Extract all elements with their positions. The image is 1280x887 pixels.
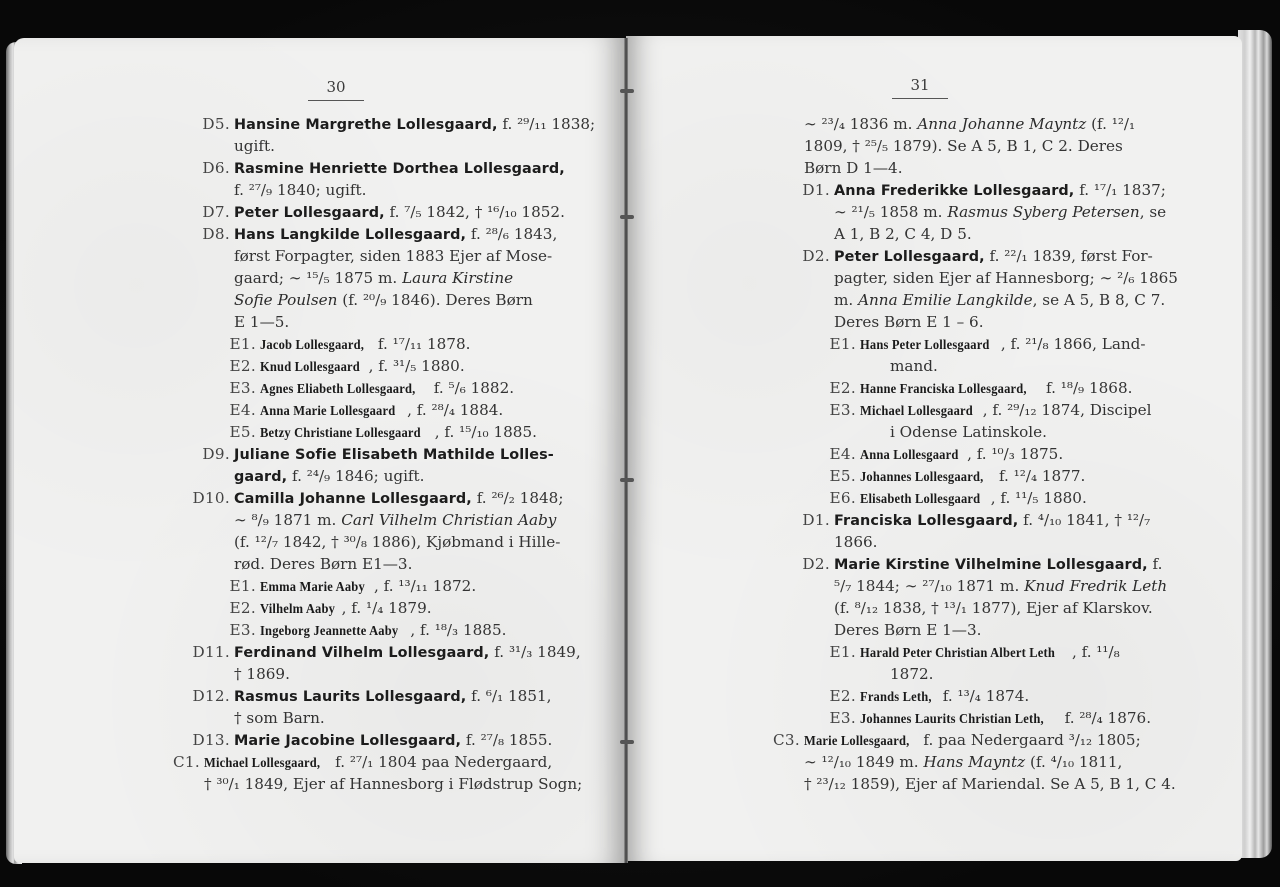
entry-label: E4.: [830, 443, 856, 465]
entry-text: Emma Marie Aaby, f. ¹³/₁₁ 1872.: [260, 575, 476, 598]
binding-stitch: [620, 740, 634, 744]
text-line: 1866.: [804, 531, 1154, 553]
entry-label: D11.: [192, 641, 230, 663]
book-spread-scan: 30 D5.Hansine Margrethe Lollesgaard, f. …: [0, 0, 1280, 887]
person-name: Harald Peter Christian Albert Leth: [860, 642, 1055, 664]
entry-label: E2.: [230, 355, 256, 377]
entry-detail: først Forpagter, siden 1883 Ejer af Mose…: [234, 247, 552, 265]
person-name: Johannes Lollesgaard,: [860, 466, 983, 488]
entry-text: 1866.: [834, 531, 877, 553]
entry-detail: f. ⁷/₅ 1842, † ¹⁶/₁₀ 1852.: [385, 203, 565, 221]
entry-detail: f. ²⁶/₂ 1848;: [472, 489, 564, 507]
entry-label: D6.: [202, 157, 230, 179]
text-line: E1.Jacob Lollesgaard, f. ¹⁷/₁₁ 1878.: [204, 333, 584, 355]
entry-detail: f. ²⁷/₈ 1855.: [461, 731, 552, 749]
entry-text: Deres Børn E 1—3.: [834, 619, 981, 641]
spouse-name: Laura Kirstine: [402, 269, 513, 287]
entry-text: Johannes Lollesgaard, f. ¹²/₄ 1877.: [860, 465, 1085, 488]
entry-text: Børn D 1—4.: [804, 157, 903, 179]
entry-detail: Børn D 1—4.: [804, 159, 903, 177]
entry-label: E5.: [830, 465, 856, 487]
entry-detail: f. ²⁷/₁ 1804 paa Nedergaard,: [330, 753, 552, 771]
text-line: D1.Anna Frederikke Lollesgaard, f. ¹⁷/₁ …: [804, 179, 1154, 201]
entry-label: E1.: [830, 641, 856, 663]
entry-detail: f. ²²/₁ 1839, først For-: [985, 247, 1153, 265]
text-line: gaard; ∼ ¹⁵/₅ 1875 m. Laura Kirstine: [204, 267, 584, 289]
text-line: pagter, siden Ejer af Hannesborg; ∼ ²/₆ …: [804, 267, 1154, 289]
person-name: Hansine Margrethe Lollesgaard,: [234, 117, 498, 133]
entry-detail: ugift.: [234, 137, 275, 155]
entry-text: Betzy Christiane Lollesgaard, f. ¹⁵/₁₀ 1…: [260, 421, 537, 444]
text-line: ∼ ¹²/₁₀ 1849 m. Hans Mayntz (f. ⁴/₁₀ 181…: [804, 751, 1154, 773]
entry-text: Franciska Lollesgaard, f. ⁴/₁₀ 1841, † ¹…: [834, 509, 1150, 532]
entry-detail: , f. ²⁸/₄ 1884.: [407, 401, 503, 419]
text-line: først Forpagter, siden 1883 Ejer af Mose…: [204, 245, 584, 267]
entry-text: Peter Lollesgaard, f. ²²/₁ 1839, først F…: [834, 245, 1153, 268]
entry-text: Rasmine Henriette Dorthea Lollesgaard,: [234, 157, 565, 180]
person-name: Camilla Johanne Lollesgaard,: [234, 491, 472, 507]
entry-text: A 1, B 2, C 4, D 5.: [834, 223, 972, 245]
entry-detail: f. ¹⁸/₉ 1868.: [1041, 379, 1132, 397]
entry-detail: f. ²⁴/₉ 1846; ugift.: [287, 467, 424, 485]
entry-detail: , se A 5, B 8, C 7.: [1033, 291, 1166, 309]
entry-detail: f. ²⁷/₉ 1840; ugift.: [234, 181, 366, 199]
person-name: Rasmus Laurits Lollesgaard,: [234, 689, 466, 705]
text-line: D6.Rasmine Henriette Dorthea Lollesgaard…: [204, 157, 584, 179]
text-line: C1.Michael Lollesgaard, f. ²⁷/₁ 1804 paa…: [204, 751, 584, 773]
entry-text: 1809, † ²⁵/₅ 1879). Se A 5, B 1, C 2. De…: [804, 135, 1123, 157]
entry-text: ∼ ¹²/₁₀ 1849 m. Hans Mayntz (f. ⁴/₁₀ 181…: [804, 751, 1122, 773]
entry-text: Frands Leth, f. ¹³/₄ 1874.: [860, 685, 1029, 708]
entry-label: C1.: [173, 751, 200, 773]
text-line: D5.Hansine Margrethe Lollesgaard, f. ²⁹/…: [204, 113, 584, 135]
spouse-name: Rasmus Syberg Petersen: [947, 203, 1139, 221]
entry-detail: f. ²⁹/₁₁ 1838;: [498, 115, 596, 133]
entry-detail: ∼ ²¹/₅ 1858 m.: [834, 203, 947, 221]
text-line: E5.Betzy Christiane Lollesgaard, f. ¹⁵/₁…: [204, 421, 584, 443]
left-page: 30 D5.Hansine Margrethe Lollesgaard, f. …: [14, 38, 626, 863]
entry-detail: (f. ¹²/₇ 1842, † ³⁰/₈ 1886), Kjøbmand i …: [234, 533, 560, 551]
text-line: † ³⁰/₁ 1849, Ejer af Hannesborg i Flødst…: [204, 773, 584, 795]
entry-text: gaard, f. ²⁴/₉ 1846; ugift.: [234, 465, 424, 488]
text-line: E3.Agnes Eliabeth Lollesgaard, f. ⁵/₆ 18…: [204, 377, 584, 399]
entry-label: C3.: [773, 729, 800, 751]
person-name: Juliane Sofie Elisabeth Mathilde Lolles-: [234, 447, 554, 463]
entry-detail: ∼ ¹²/₁₀ 1849 m.: [804, 753, 923, 771]
text-line: E4.Anna Marie Lollesgaard, f. ²⁸/₄ 1884.: [204, 399, 584, 421]
entry-text: Marie Kirstine Vilhelmine Lollesgaard, f…: [834, 553, 1162, 576]
person-name: Michael Lollesgaard,: [204, 752, 320, 774]
entry-text: Michael Lollesgaard, f. ²⁹/₁₂ 1874, Disc…: [860, 399, 1152, 422]
entry-text: Ingeborg Jeannette Aaby, f. ¹⁸/₃ 1885.: [260, 619, 506, 642]
entry-text: ugift.: [234, 135, 275, 157]
text-line: mand.: [804, 355, 1154, 377]
text-line: rød. Deres Børn E1—3.: [204, 553, 584, 575]
text-line: † ²³/₁₂ 1859), Ejer af Mariendal. Se A 5…: [804, 773, 1154, 795]
person-name: Ferdinand Vilhelm Lollesgaard,: [234, 645, 489, 661]
entry-label: E3.: [230, 619, 256, 641]
entry-detail: ⁵/₇ 1844; ∼ ²⁷/₁₀ 1871 m.: [834, 577, 1024, 595]
text-line: E3.Ingeborg Jeannette Aaby, f. ¹⁸/₃ 1885…: [204, 619, 584, 641]
text-line: gaard, f. ²⁴/₉ 1846; ugift.: [204, 465, 584, 487]
text-line: E 1—5.: [204, 311, 584, 333]
entry-text: † 1869.: [234, 663, 290, 685]
entry-detail: f. ⁴/₁₀ 1841, † ¹²/₇: [1018, 511, 1150, 529]
text-line: E2.Knud Lollesgaard, f. ³¹/₅ 1880.: [204, 355, 584, 377]
entry-detail: , f. ¹⁰/₃ 1875.: [967, 445, 1063, 463]
entry-detail: 1872.: [890, 665, 933, 683]
person-name: Ingeborg Jeannette Aaby: [260, 620, 398, 642]
person-name: Marie Jacobine Lollesgaard,: [234, 733, 461, 749]
person-name: Michael Lollesgaard: [860, 400, 973, 422]
text-line: (f. ⁸/₁₂ 1838, † ¹³/₁ 1877), Ejer af Kla…: [804, 597, 1154, 619]
entry-text: Johannes Laurits Christian Leth, f. ²⁸/₄…: [860, 707, 1151, 730]
page-number-left: 30: [306, 78, 366, 101]
entry-text: † ³⁰/₁ 1849, Ejer af Hannesborg i Flødst…: [204, 773, 582, 795]
entry-detail: (f. ⁸/₁₂ 1838, † ¹³/₁ 1877), Ejer af Kla…: [834, 599, 1153, 617]
text-line: E1.Emma Marie Aaby, f. ¹³/₁₁ 1872.: [204, 575, 584, 597]
entry-label: E1.: [830, 333, 856, 355]
entry-text: Anna Marie Lollesgaard, f. ²⁸/₄ 1884.: [260, 399, 503, 422]
right-page-edges: [1238, 30, 1272, 858]
person-name: Elisabeth Lollesgaard: [860, 488, 980, 510]
entry-text: Vilhelm Aaby, f. ¹/₄ 1879.: [260, 597, 432, 620]
entry-label: E2.: [830, 685, 856, 707]
text-line: D7.Peter Lollesgaard, f. ⁷/₅ 1842, † ¹⁶/…: [204, 201, 584, 223]
text-line: Deres Børn E 1—3.: [804, 619, 1154, 641]
text-line: E2.Hanne Franciska Lollesgaard, f. ¹⁸/₉ …: [804, 377, 1154, 399]
entry-detail: f. ²⁸/₄ 1876.: [1060, 709, 1151, 727]
entry-label: E5.: [230, 421, 256, 443]
entry-text: Camilla Johanne Lollesgaard, f. ²⁶/₂ 184…: [234, 487, 563, 510]
left-page-text: D5.Hansine Margrethe Lollesgaard, f. ²⁹/…: [204, 113, 584, 795]
text-line: f. ²⁷/₉ 1840; ugift.: [204, 179, 584, 201]
entry-text: ∼ ²³/₄ 1836 m. Anna Johanne Mayntz (f. ¹…: [804, 113, 1135, 135]
entry-text: ∼ ⁸/₉ 1871 m. Carl Vilhelm Christian Aab…: [234, 509, 556, 531]
person-name: Rasmine Henriette Dorthea Lollesgaard,: [234, 161, 565, 177]
person-name: Hans Peter Lollesgaard: [860, 334, 990, 356]
entry-text: først Forpagter, siden 1883 Ejer af Mose…: [234, 245, 552, 267]
entry-label: D2.: [802, 245, 830, 267]
text-line: 1809, † ²⁵/₅ 1879). Se A 5, B 1, C 2. De…: [804, 135, 1154, 157]
entry-detail: , f. ²⁹/₁₂ 1874, Discipel: [983, 401, 1152, 419]
text-line: ugift.: [204, 135, 584, 157]
entry-detail: † som Barn.: [234, 709, 325, 727]
spouse-name: Knud Fredrik Leth: [1024, 577, 1167, 595]
binding-stitch: [620, 215, 634, 219]
entry-text: Anna Lollesgaard, f. ¹⁰/₃ 1875.: [860, 443, 1063, 466]
entry-text: mand.: [890, 355, 938, 377]
entry-detail: f. paa Nedergaard ³/₁₂ 1805;: [919, 731, 1141, 749]
entry-detail: i Odense Latinskole.: [890, 423, 1047, 441]
entry-detail: E 1—5.: [234, 313, 289, 331]
entry-detail: f. ¹⁷/₁ 1837;: [1074, 181, 1166, 199]
entry-detail: A 1, B 2, C 4, D 5.: [834, 225, 972, 243]
entry-detail: 1866.: [834, 533, 877, 551]
entry-label: D8.: [202, 223, 230, 245]
entry-text: Michael Lollesgaard, f. ²⁷/₁ 1804 paa Ne…: [204, 751, 552, 774]
text-line: ∼ ²³/₄ 1836 m. Anna Johanne Mayntz (f. ¹…: [804, 113, 1154, 135]
person-name: Anna Marie Lollesgaard: [260, 400, 395, 422]
entry-detail: f.: [1148, 555, 1163, 573]
entry-label: D12.: [192, 685, 230, 707]
entry-text: pagter, siden Ejer af Hannesborg; ∼ ²/₆ …: [834, 267, 1178, 289]
entry-detail: † ³⁰/₁ 1849, Ejer af Hannesborg i Flødst…: [204, 775, 582, 793]
text-line: E3.Johannes Laurits Christian Leth, f. ²…: [804, 707, 1154, 729]
entry-text: rød. Deres Børn E1—3.: [234, 553, 412, 575]
entry-detail: f. ³¹/₃ 1849,: [489, 643, 580, 661]
person-name: Frands Leth,: [860, 686, 932, 708]
entry-detail: , f. ¹⁵/₁₀ 1885.: [435, 423, 537, 441]
entry-text: Anna Frederikke Lollesgaard, f. ¹⁷/₁ 183…: [834, 179, 1166, 202]
person-name: Agnes Eliabeth Lollesgaard,: [260, 378, 415, 400]
person-name: Jacob Lollesgaard,: [260, 334, 364, 356]
entry-detail: f. ¹⁷/₁₁ 1878.: [373, 335, 470, 353]
spouse-name: Sofie Poulsen: [234, 291, 337, 309]
entry-text: f. ²⁷/₉ 1840; ugift.: [234, 179, 366, 201]
text-line: E4.Anna Lollesgaard, f. ¹⁰/₃ 1875.: [804, 443, 1154, 465]
entry-detail: m.: [834, 291, 858, 309]
text-line: E5.Johannes Lollesgaard, f. ¹²/₄ 1877.: [804, 465, 1154, 487]
entry-text: ⁵/₇ 1844; ∼ ²⁷/₁₀ 1871 m. Knud Fredrik L…: [834, 575, 1167, 597]
entry-label: D5.: [202, 113, 230, 135]
entry-label: E3.: [830, 399, 856, 421]
entry-detail: Deres Børn E 1 – 6.: [834, 313, 984, 331]
entry-label: E6.: [830, 487, 856, 509]
entry-detail: (f. ²⁰/₉ 1846). Deres Børn: [337, 291, 532, 309]
entry-text: (f. ¹²/₇ 1842, † ³⁰/₈ 1886), Kjøbmand i …: [234, 531, 560, 553]
entry-detail: pagter, siden Ejer af Hannesborg; ∼ ²/₆ …: [834, 269, 1178, 287]
text-line: i Odense Latinskole.: [804, 421, 1154, 443]
spouse-name: Anna Johanne Mayntz: [917, 115, 1086, 133]
person-name: Johannes Laurits Christian Leth,: [860, 708, 1044, 730]
text-line: E2.Vilhelm Aaby, f. ¹/₄ 1879.: [204, 597, 584, 619]
entry-text: m. Anna Emilie Langkilde, se A 5, B 8, C…: [834, 289, 1165, 311]
text-line: D11.Ferdinand Vilhelm Lollesgaard, f. ³¹…: [204, 641, 584, 663]
entry-text: ∼ ²¹/₅ 1858 m. Rasmus Syberg Petersen, s…: [834, 201, 1166, 223]
person-name: Peter Lollesgaard,: [834, 249, 985, 265]
entry-detail: ∼ ⁸/₉ 1871 m.: [234, 511, 341, 529]
text-line: ⁵/₇ 1844; ∼ ²⁷/₁₀ 1871 m. Knud Fredrik L…: [804, 575, 1154, 597]
person-name: Knud Lollesgaard: [260, 356, 360, 378]
binding-stitch: [620, 478, 634, 482]
entry-text: (f. ⁸/₁₂ 1838, † ¹³/₁ 1877), Ejer af Kla…: [834, 597, 1153, 619]
entry-label: E2.: [230, 597, 256, 619]
entry-text: Hans Langkilde Lollesgaard, f. ²⁸/₆ 1843…: [234, 223, 557, 246]
person-name: gaard,: [234, 469, 287, 485]
entry-label: D13.: [192, 729, 230, 751]
entry-label: E3.: [230, 377, 256, 399]
entry-text: Marie Lollesgaard, f. paa Nedergaard ³/₁…: [804, 729, 1141, 752]
text-line: † 1869.: [204, 663, 584, 685]
entry-label: D10.: [192, 487, 230, 509]
text-line: D12.Rasmus Laurits Lollesgaard, f. ⁶/₁ 1…: [204, 685, 584, 707]
entry-detail: , f. ¹³/₁₁ 1872.: [374, 577, 476, 595]
text-line: D10.Camilla Johanne Lollesgaard, f. ²⁶/₂…: [204, 487, 584, 509]
text-line: D2.Marie Kirstine Vilhelmine Lollesgaard…: [804, 553, 1154, 575]
entry-text: Jacob Lollesgaard, f. ¹⁷/₁₁ 1878.: [260, 333, 470, 356]
person-name: Hanne Franciska Lollesgaard,: [860, 378, 1027, 400]
text-line: E1.Harald Peter Christian Albert Leth, f…: [804, 641, 1154, 663]
entry-text: Sofie Poulsen (f. ²⁰/₉ 1846). Deres Børn: [234, 289, 533, 311]
entry-text: Hanne Franciska Lollesgaard, f. ¹⁸/₉ 186…: [860, 377, 1132, 400]
text-line: Deres Børn E 1 – 6.: [804, 311, 1154, 333]
entry-detail: gaard; ∼ ¹⁵/₅ 1875 m.: [234, 269, 402, 287]
entry-detail: , f. ¹⁸/₃ 1885.: [410, 621, 506, 639]
text-line: m. Anna Emilie Langkilde, se A 5, B 8, C…: [804, 289, 1154, 311]
text-line: C3.Marie Lollesgaard, f. paa Nedergaard …: [804, 729, 1154, 751]
entry-detail: f. ⁶/₁ 1851,: [466, 687, 551, 705]
entry-label: D2.: [802, 553, 830, 575]
text-line: ∼ ⁸/₉ 1871 m. Carl Vilhelm Christian Aab…: [204, 509, 584, 531]
right-page: 31 ∼ ²³/₄ 1836 m. Anna Johanne Mayntz (f…: [626, 36, 1242, 861]
right-page-text: ∼ ²³/₄ 1836 m. Anna Johanne Mayntz (f. ¹…: [804, 113, 1154, 795]
entry-text: Marie Jacobine Lollesgaard, f. ²⁷/₈ 1855…: [234, 729, 552, 752]
text-line: 1872.: [804, 663, 1154, 685]
entry-detail: 1809, † ²⁵/₅ 1879). Se A 5, B 1, C 2. De…: [804, 137, 1123, 155]
person-name: Anna Lollesgaard: [860, 444, 958, 466]
entry-text: gaard; ∼ ¹⁵/₅ 1875 m. Laura Kirstine: [234, 267, 513, 289]
entry-detail: † ²³/₁₂ 1859), Ejer af Mariendal. Se A 5…: [804, 775, 1176, 793]
person-name: Vilhelm Aaby: [260, 598, 335, 620]
entry-text: Deres Børn E 1 – 6.: [834, 311, 984, 333]
person-name: Franciska Lollesgaard,: [834, 513, 1018, 529]
text-line: D2.Peter Lollesgaard, f. ²²/₁ 1839, førs…: [804, 245, 1154, 267]
entry-label: E3.: [830, 707, 856, 729]
spouse-name: Anna Emilie Langkilde: [858, 291, 1033, 309]
entry-detail: (f. ¹²/₁: [1086, 115, 1135, 133]
entry-text: Hans Peter Lollesgaard, f. ²¹/₈ 1866, La…: [860, 333, 1146, 356]
binding-stitch: [620, 89, 634, 93]
spouse-name: Hans Mayntz: [923, 753, 1025, 771]
entry-detail: f. ²⁸/₆ 1843,: [466, 225, 557, 243]
entry-text: i Odense Latinskole.: [890, 421, 1047, 443]
person-name: Emma Marie Aaby: [260, 576, 365, 598]
entry-text: † som Barn.: [234, 707, 325, 729]
entry-detail: f. ⁵/₆ 1882.: [429, 379, 514, 397]
entry-detail: Deres Børn E 1—3.: [834, 621, 981, 639]
entry-label: E1.: [230, 333, 256, 355]
person-name: Hans Langkilde Lollesgaard,: [234, 227, 466, 243]
text-line: D1.Franciska Lollesgaard, f. ⁴/₁₀ 1841, …: [804, 509, 1154, 531]
entry-text: Elisabeth Lollesgaard, f. ¹¹/₅ 1880.: [860, 487, 1087, 510]
text-line: E3.Michael Lollesgaard, f. ²⁹/₁₂ 1874, D…: [804, 399, 1154, 421]
spouse-name: Carl Vilhelm Christian Aaby: [341, 511, 556, 529]
entry-text: Ferdinand Vilhelm Lollesgaard, f. ³¹/₃ 1…: [234, 641, 581, 664]
entry-detail: (f. ⁴/₁₀ 1811,: [1025, 753, 1122, 771]
text-line: A 1, B 2, C 4, D 5.: [804, 223, 1154, 245]
entry-text: Agnes Eliabeth Lollesgaard, f. ⁵/₆ 1882.: [260, 377, 514, 400]
person-name: Betzy Christiane Lollesgaard: [260, 422, 421, 444]
entry-detail: rød. Deres Børn E1—3.: [234, 555, 412, 573]
entry-label: E1.: [230, 575, 256, 597]
text-line: E1.Hans Peter Lollesgaard, f. ²¹/₈ 1866,…: [804, 333, 1154, 355]
entry-text: 1872.: [890, 663, 933, 685]
entry-label: E2.: [830, 377, 856, 399]
entry-text: E 1—5.: [234, 311, 289, 333]
entry-text: † ²³/₁₂ 1859), Ejer af Mariendal. Se A 5…: [804, 773, 1176, 795]
entry-text: Juliane Sofie Elisabeth Mathilde Lolles-: [234, 443, 554, 466]
entry-label: D9.: [202, 443, 230, 465]
text-line: D8.Hans Langkilde Lollesgaard, f. ²⁸/₆ 1…: [204, 223, 584, 245]
text-line: † som Barn.: [204, 707, 584, 729]
entry-detail: , f. ³¹/₅ 1880.: [369, 357, 465, 375]
person-name: Anna Frederikke Lollesgaard,: [834, 183, 1074, 199]
entry-detail: , f. ¹¹/₈: [1072, 643, 1120, 661]
entry-text: Hansine Margrethe Lollesgaard, f. ²⁹/₁₁ …: [234, 113, 595, 136]
text-line: D9.Juliane Sofie Elisabeth Mathilde Loll…: [204, 443, 584, 465]
entry-detail: f. ¹²/₄ 1877.: [994, 467, 1085, 485]
text-line: (f. ¹²/₇ 1842, † ³⁰/₈ 1886), Kjøbmand i …: [204, 531, 584, 553]
text-line: E2.Frands Leth, f. ¹³/₄ 1874.: [804, 685, 1154, 707]
entry-text: Rasmus Laurits Lollesgaard, f. ⁶/₁ 1851,: [234, 685, 552, 708]
entry-detail: , f. ²¹/₈ 1866, Land-: [1001, 335, 1146, 353]
entry-detail: , se: [1140, 203, 1166, 221]
entry-text: Peter Lollesgaard, f. ⁷/₅ 1842, † ¹⁶/₁₀ …: [234, 201, 565, 224]
text-line: ∼ ²¹/₅ 1858 m. Rasmus Syberg Petersen, s…: [804, 201, 1154, 223]
entry-detail: , f. ¹/₄ 1879.: [342, 599, 432, 617]
entry-detail: † 1869.: [234, 665, 290, 683]
page-number-right: 31: [890, 76, 950, 99]
entry-text: Harald Peter Christian Albert Leth, f. ¹…: [860, 641, 1120, 664]
entry-detail: , f. ¹¹/₅ 1880.: [991, 489, 1087, 507]
entry-label: D1.: [802, 179, 830, 201]
text-line: Børn D 1—4.: [804, 157, 1154, 179]
entry-text: Knud Lollesgaard, f. ³¹/₅ 1880.: [260, 355, 465, 378]
entry-label: E4.: [230, 399, 256, 421]
person-name: Marie Kirstine Vilhelmine Lollesgaard,: [834, 557, 1148, 573]
entry-detail: f. ¹³/₄ 1874.: [938, 687, 1029, 705]
text-line: E6.Elisabeth Lollesgaard, f. ¹¹/₅ 1880.: [804, 487, 1154, 509]
person-name: Marie Lollesgaard,: [804, 730, 909, 752]
entry-detail: mand.: [890, 357, 938, 375]
person-name: Peter Lollesgaard,: [234, 205, 385, 221]
entry-detail: ∼ ²³/₄ 1836 m.: [804, 115, 917, 133]
text-line: Sofie Poulsen (f. ²⁰/₉ 1846). Deres Børn: [204, 289, 584, 311]
text-line: D13.Marie Jacobine Lollesgaard, f. ²⁷/₈ …: [204, 729, 584, 751]
entry-label: D1.: [802, 509, 830, 531]
entry-label: D7.: [202, 201, 230, 223]
